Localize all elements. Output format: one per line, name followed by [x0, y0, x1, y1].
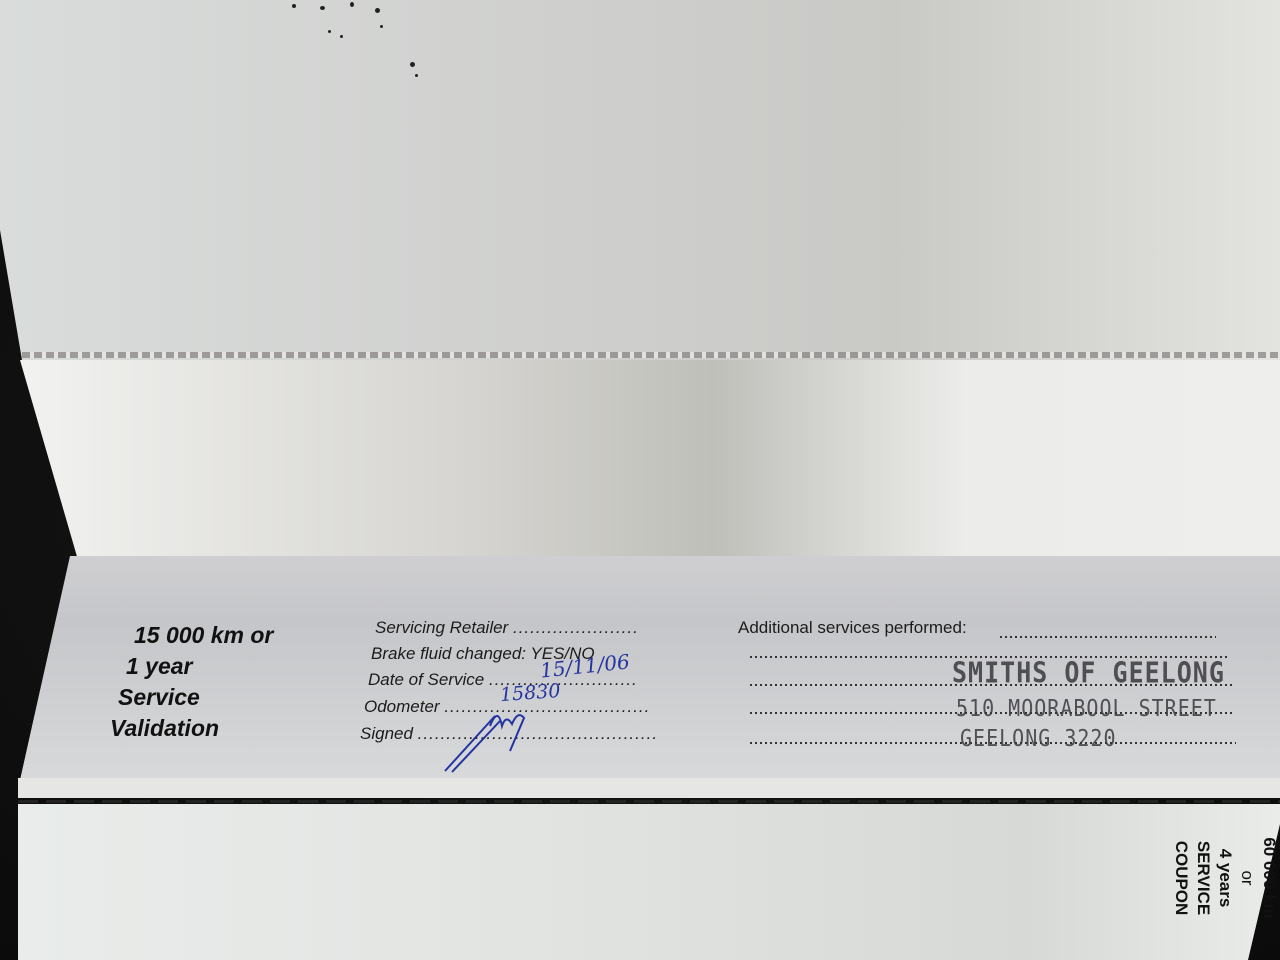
- ink-stains: [280, 0, 430, 90]
- blank-page: [20, 360, 1280, 560]
- perforation-edge: [22, 352, 1280, 358]
- coupon-title: 15 000 km or 1 year Service Validation: [110, 620, 273, 744]
- service-validation-coupon: 15 000 km or 1 year Service Validation S…: [10, 556, 1280, 780]
- additional-services-label: Additional services performed:: [738, 618, 967, 638]
- next-coupon-page: [18, 804, 1280, 960]
- retailer-stamp-city: GEELONG 3220: [960, 724, 1117, 752]
- top-page: RVICE TIMES ubricants and materials used…: [0, 0, 1280, 360]
- retailer-stamp-name: SMITHS OF GEELONG: [952, 656, 1225, 689]
- next-coupon-label: 60 000 km or 4 years SERVICE COUPON: [1200, 808, 1280, 958]
- retailer-field[interactable]: Servicing Retailer .....................…: [375, 618, 639, 638]
- tear-line: [18, 800, 1280, 803]
- service-times-text: RVICE TIMES ubricants and materials used…: [990, 0, 1280, 340]
- retailer-stamp-address: 510 MOORABOOL STREET: [956, 694, 1217, 722]
- additional-services-line[interactable]: [1000, 636, 1216, 638]
- perforated-strip: [18, 778, 1280, 798]
- signature-scribble: [440, 696, 560, 776]
